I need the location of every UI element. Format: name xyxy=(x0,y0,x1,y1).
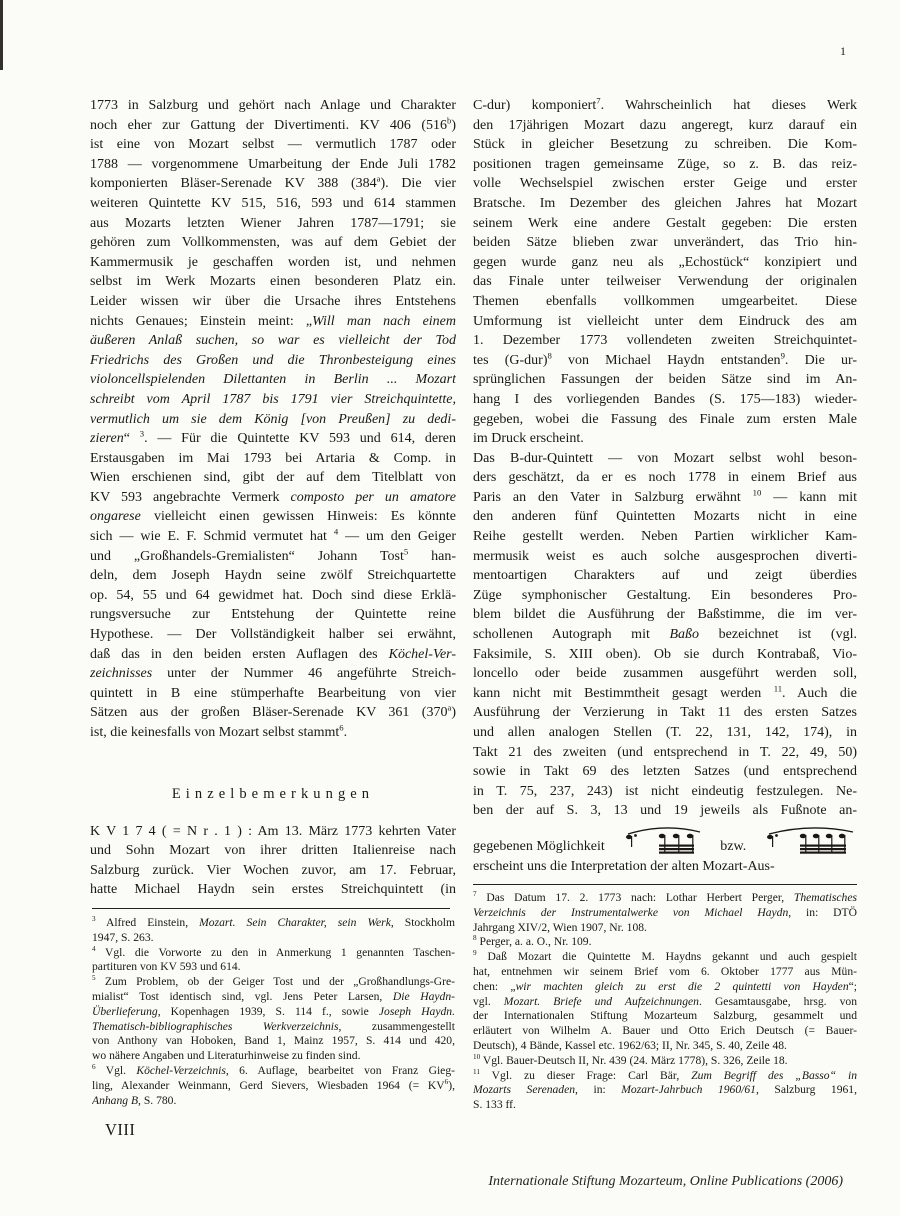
text-line: sprünglichen Fassungen der beiden Sätze … xyxy=(473,370,857,390)
text-line: im Druck erscheint. xyxy=(473,429,857,449)
text-line: quintett in B eine stümperhafte Bearbeit… xyxy=(90,684,456,704)
text-line: Leider wissen wir über die Ursache ihres… xyxy=(90,292,456,312)
text-line: 8 Perger, a. a. O., Nr. 109. xyxy=(473,935,857,950)
text-line: erläutert von Wilhelm A. Bauer und Otto … xyxy=(473,1024,857,1039)
text-line: sich — wie E. F. Schmid vermutet hat 4 —… xyxy=(90,527,456,547)
text-line: Bratsche. Im Dezember des gleichen Jahre… xyxy=(473,194,857,214)
text-line: 11 Vgl. zu dieser Frage: Carl Bär, Zum B… xyxy=(473,1069,857,1084)
text-line: Paris an den Vater in Salzburg erwähnt 1… xyxy=(473,488,857,508)
text-line: Themen ebenfalls vollkommen umgearbeitet… xyxy=(473,292,857,312)
page-number: VIII xyxy=(105,1120,135,1140)
text-line: ongarese vielleicht einen gewissen Hinwe… xyxy=(90,507,456,527)
left-paragraph-2: K V 1 7 4 ( = N r . 1 ) : Am 13. März 17… xyxy=(90,822,456,900)
text-line: vermutlich um sie dem König [von Preußen… xyxy=(90,410,456,430)
text-line: komponierten Bläser-Serenade KV 388 (384… xyxy=(90,174,456,194)
text-line: weiteren Quintette KV 515, 516, 593 und … xyxy=(90,194,456,214)
text-line: tes (G-dur)8 von Michael Haydn entstande… xyxy=(473,351,857,371)
music-notation-figure-1 xyxy=(622,825,704,857)
text-line: op. 54, 55 und 64 gewidmet hat. Doch sin… xyxy=(90,586,456,606)
footer-credit: Internationale Stiftung Mozarteum, Onlin… xyxy=(488,1174,843,1190)
text-line: 7 Das Datum 17. 2. 1773 nach: Lothar Her… xyxy=(473,891,857,906)
text-line: mialist“ Tost identisch sind, vgl. Jens … xyxy=(92,990,455,1005)
footnote-11: 11 Vgl. zu dieser Frage: Carl Bär, Zum B… xyxy=(473,1069,857,1113)
music-notation-figure-2 xyxy=(763,825,857,857)
text-line: violoncellspielenden Dilettanten in Berl… xyxy=(90,370,456,390)
text-line: mentoartigen Charakters auf und zeigt üb… xyxy=(473,566,857,586)
scan-edge-artifact xyxy=(0,0,3,70)
text-line: blem bildet die Ausführung der Baßstimme… xyxy=(473,605,857,625)
text-line: ling, Alexander Weinmann, Gerd Sievers, … xyxy=(92,1079,455,1094)
text-line: und „Großhandels-Gremialisten“ Johann To… xyxy=(90,547,456,567)
text-line: Stück in gleicher Besetzung zu schreiben… xyxy=(473,135,857,155)
text-line: von Anthony van Hoboken, Band 1, Mainz 1… xyxy=(92,1034,455,1049)
left-footnotes: 3 Alfred Einstein, Mozart. Sein Charakte… xyxy=(92,916,455,1108)
footnote-separator-left xyxy=(92,908,450,909)
text-line: das Finale unter teilweiser Verwendung d… xyxy=(473,272,857,292)
text-line: Anhang B, S. 780. xyxy=(92,1094,455,1109)
text-line: ist eine von Mozart selbst — vermutlich … xyxy=(90,135,456,155)
text-line: mermusik weist es auch solche ausgesproc… xyxy=(473,547,857,567)
corner-ink-mark: 1 xyxy=(840,44,846,59)
text-line: Faksimile, S. XIII oben). Ob sie durch K… xyxy=(473,645,857,665)
text-line: den anderen fünf Quintetten Mozarts nich… xyxy=(473,507,857,527)
footnote-7: 7 Das Datum 17. 2. 1773 nach: Lothar Her… xyxy=(473,891,857,935)
text-line: der Internationalen Stiftung Mozarteum S… xyxy=(473,1009,857,1024)
text-line: Ausführung der Verzierung in Takt 11 des… xyxy=(473,703,857,723)
text-line: noch eher zur Gattung der Divertimenti. … xyxy=(90,116,456,136)
text-line: Umformung ist vielleicht unter dem Eindr… xyxy=(473,312,857,332)
text-line: 1773 in Salzburg und gehört nach Anlage … xyxy=(90,96,456,116)
text-line: sowie in Takt 69 des letzten Satzes (und… xyxy=(473,762,857,782)
text-line: kann nicht mit Bestimmtheit gesagt werde… xyxy=(473,684,857,704)
text-line: KV 593 angebrachte Vermerk composto per … xyxy=(90,488,456,508)
text-line: Reihe gestellt werden. Neben Partien wir… xyxy=(473,527,857,547)
text-line: selbst im Werk Mozarts einen besonderen … xyxy=(90,272,456,292)
text-line: ist, die keinesfalls von Mozart selbst s… xyxy=(90,723,456,743)
text-line: 1947, S. 263. xyxy=(92,931,455,946)
text-line: Thematisch-bibliographisches Werkverzeic… xyxy=(92,1020,455,1035)
scanned-document-page: 1 1773 in Salzburg und gehört nach Anlag… xyxy=(0,0,900,1216)
left-paragraph-1: 1773 in Salzburg und gehört nach Anlage … xyxy=(90,96,456,743)
text-line: partituren von KV 593 und 614. xyxy=(92,960,455,975)
text-line: deln, dem Joseph Haydn seine zwölf Strei… xyxy=(90,566,456,586)
text-line: äußeren Anlaß suchen, so war es vielleic… xyxy=(90,331,456,351)
text-line: 9 Daß Mozart die Quintette M. Haydns gek… xyxy=(473,950,857,965)
music-line-text-before: gegebenen Möglichkeit xyxy=(473,837,605,857)
text-line: 4 Vgl. die Vorworte zu den in Anmerkung … xyxy=(92,946,455,961)
right-paragraph-2-end: erscheint uns die Interpretation der alt… xyxy=(473,857,857,877)
footnote-separator-right xyxy=(473,884,857,885)
text-line: schreibt vom April 1787 bis 1791 vier St… xyxy=(90,390,456,410)
right-footnotes: 7 Das Datum 17. 2. 1773 nach: Lothar Her… xyxy=(473,891,857,1113)
text-line: Mozarts Serenaden, in: Mozart-Jahrbuch 1… xyxy=(473,1083,857,1098)
text-line: gegen wurde ganz neu als „Echostück“ kon… xyxy=(473,253,857,273)
text-line: Hypothese. — Der Vollständigkeit halber … xyxy=(90,625,456,645)
footnote-3: 3 Alfred Einstein, Mozart. Sein Charakte… xyxy=(92,916,455,946)
music-line-text-between: bzw. xyxy=(720,837,746,857)
text-line: zieren“ 3. — Für die Quintette KV 593 un… xyxy=(90,429,456,449)
text-line: in T. 75, 237, 243) ist nicht eindeutig … xyxy=(473,782,857,802)
text-line: Sätzen aus der großen Bläser-Serenade KV… xyxy=(90,703,456,723)
text-line: ders geschätzt, da er es noch 1778 in ei… xyxy=(473,468,857,488)
text-line: Überlieferung, Kopenhagen 1939, S. 114 f… xyxy=(92,1005,455,1020)
text-line: gehören zum Vollkommensten, was auf dem … xyxy=(90,233,456,253)
text-line: und Sohn Mozart von ihrer dritten Italie… xyxy=(90,841,456,861)
text-line: Züge symphonischer Gestaltung. Ein beson… xyxy=(473,586,857,606)
text-line: Erstausgaben im Mai 1793 bei Artaria & C… xyxy=(90,449,456,469)
footnote-6: 6 Vgl. Köchel-Verzeichnis, 6. Auflage, b… xyxy=(92,1064,455,1108)
footnote-5: 5 Zum Problem, ob der Geiger Tost und de… xyxy=(92,975,455,1064)
text-line: chen: „wir machten gleich zu erst die 2 … xyxy=(473,980,857,995)
text-line: schollenen Autograph mit Baßo bezeichnet… xyxy=(473,625,857,645)
text-line: Verzeichnis der Instrumentalwerke von Mi… xyxy=(473,906,857,921)
right-paragraph-2: Das B-dur-Quintett — von Mozart selbst w… xyxy=(473,449,857,821)
text-line: Das B-dur-Quintett — von Mozart selbst w… xyxy=(473,449,857,469)
footnote-9: 9 Daß Mozart die Quintette M. Haydns gek… xyxy=(473,950,857,1054)
text-line: 1788 — vorgenommene Umarbeitung der Ende… xyxy=(90,155,456,175)
text-line: daß das in den beiden ersten Auflagen de… xyxy=(90,645,456,665)
text-line: Friedrichs des Großen und die Thronbeste… xyxy=(90,351,456,371)
left-column: 1773 in Salzburg und gehört nach Anlage … xyxy=(90,96,456,900)
text-line: beiden Sätze blieben zwar unverändert, d… xyxy=(473,233,857,253)
text-line: rungsversuche zur Entstehung der Quintet… xyxy=(90,605,456,625)
text-line: 1. Dezember 1773 vollendeten zweiten Str… xyxy=(473,331,857,351)
text-line: hat, entnehmen wir seinem Brief vom 6. O… xyxy=(473,965,857,980)
text-line: Salzburg zurück. Vier Wochen zuvor, am 1… xyxy=(90,861,456,881)
text-line: Wien erschienen sind, gibt der auf dem T… xyxy=(90,468,456,488)
text-line: seinem Werk eine andere Gestalt gegeben:… xyxy=(473,214,857,234)
footnote-8: 8 Perger, a. a. O., Nr. 109. xyxy=(473,935,857,950)
section-heading: Einzelbemerkungen xyxy=(90,785,456,805)
text-line: wo nähere Angaben und Literaturhinweise … xyxy=(92,1049,455,1064)
text-line: hatte Michael Haydn sein erstes Streichq… xyxy=(90,880,456,900)
text-line: 5 Zum Problem, ob der Geiger Tost und de… xyxy=(92,975,455,990)
text-line: den 17jährigen Mozart dazu angeregt, kur… xyxy=(473,116,857,136)
text-line: C-dur) komponiert7. Wahrscheinlich hat d… xyxy=(473,96,857,116)
text-line: aus Mozarts letzten Wiener Jahren 1787—1… xyxy=(90,214,456,234)
text-line: volle Wechselspiel zwischen erster Geige… xyxy=(473,174,857,194)
right-column: C-dur) komponiert7. Wahrscheinlich hat d… xyxy=(473,96,857,877)
music-example-line: gegebenen Möglichkeit bzw. xyxy=(473,821,857,857)
text-line: 6 Vgl. Köchel-Verzeichnis, 6. Auflage, b… xyxy=(92,1064,455,1079)
text-line: loncello oder beide zusammen ausgeführt … xyxy=(473,664,857,684)
footnote-10: 10 Vgl. Bauer-Deutsch II, Nr. 439 (24. M… xyxy=(473,1054,857,1069)
footnote-4: 4 Vgl. die Vorworte zu den in Anmerkung … xyxy=(92,946,455,976)
text-line: nichts Genaues; Einstein meint: „Will ma… xyxy=(90,312,456,332)
text-line: hang I des vorliegenden Bandes (S. 175—1… xyxy=(473,390,857,410)
right-paragraph-1: C-dur) komponiert7. Wahrscheinlich hat d… xyxy=(473,96,857,449)
text-line: vgl. Mozart. Briefe und Aufzeichnungen. … xyxy=(473,995,857,1010)
text-line: ben der auf S. 3, 13 und 19 jeweils als … xyxy=(473,801,857,821)
text-line: Deutsch), 4 Bände, Kassel etc. 1962/63; … xyxy=(473,1039,857,1054)
text-line: Jahrgang XIV/2, Wien 1907, Nr. 108. xyxy=(473,921,857,936)
text-line: Takt 21 des zweiten (und entsprechend in… xyxy=(473,743,857,763)
text-line: K V 1 7 4 ( = N r . 1 ) : Am 13. März 17… xyxy=(90,822,456,842)
text-line: zeichnisses unter der Nummer 46 angeführ… xyxy=(90,664,456,684)
text-line: 10 Vgl. Bauer-Deutsch II, Nr. 439 (24. M… xyxy=(473,1054,857,1069)
text-line: gegeben, wobei die Fassung des Finale zu… xyxy=(473,410,857,430)
text-line: positionen tragen gemeinsame Züge, so z.… xyxy=(473,155,857,175)
text-line: Kammermusik je geschaffen worden ist, un… xyxy=(90,253,456,273)
text-line: S. 133 ff. xyxy=(473,1098,857,1113)
text-line: und allen analogen Stellen (T. 22, 131, … xyxy=(473,723,857,743)
text-line: 3 Alfred Einstein, Mozart. Sein Charakte… xyxy=(92,916,455,931)
